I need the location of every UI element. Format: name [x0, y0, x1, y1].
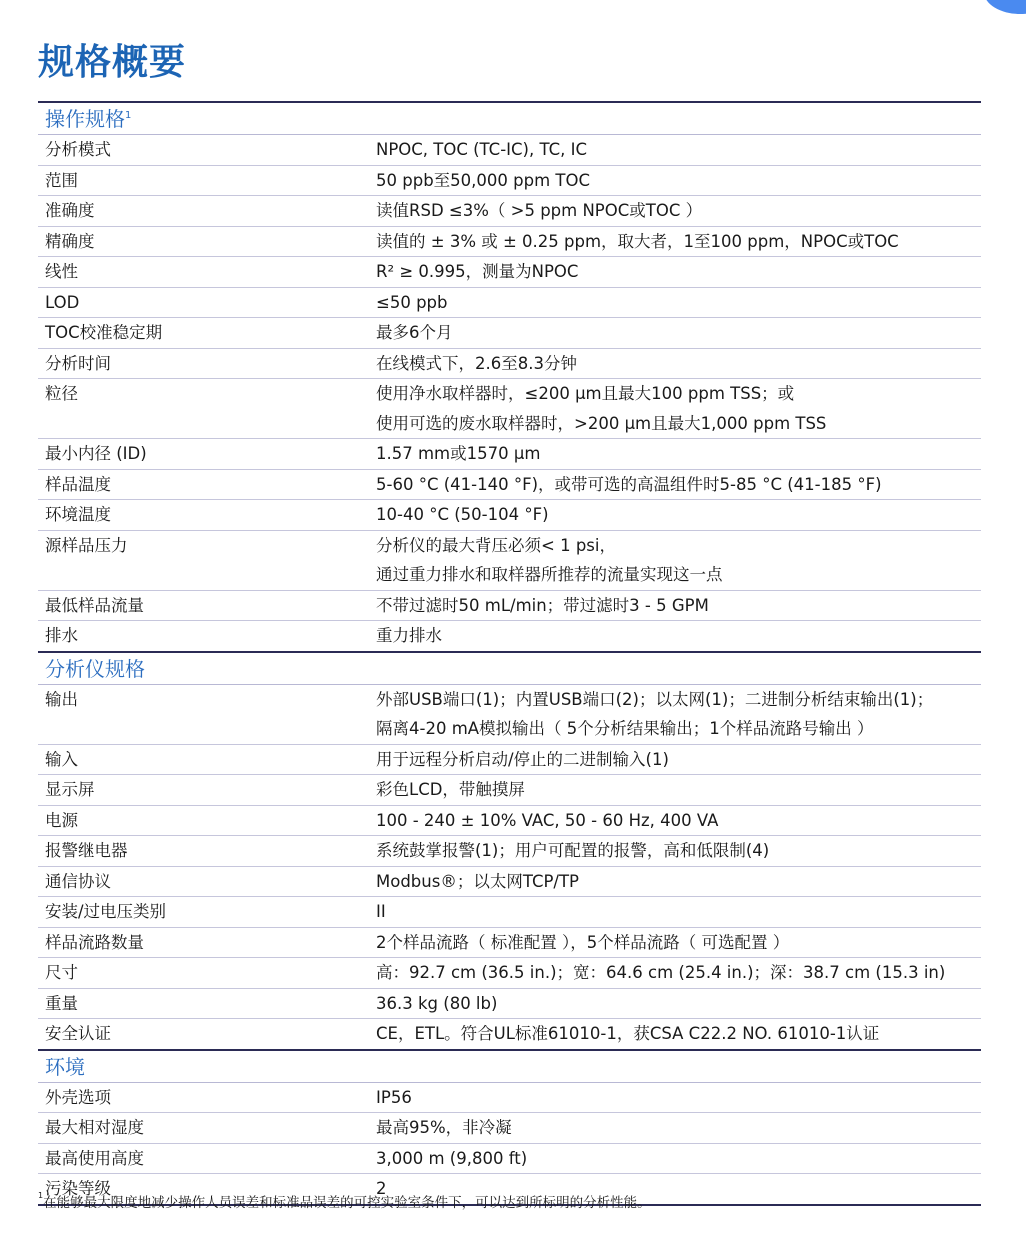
spec-label: 排水 [38, 621, 376, 651]
spec-value-line: 隔离4-20 mA模拟输出（ 5个分析结果输出；1个样品流路号输出 ） [376, 714, 981, 744]
spec-value: Modbus®；以太网TCP/TP [376, 867, 981, 897]
spec-label: 重量 [38, 989, 376, 1019]
spec-value-line: 使用可选的废水取样器时，>200 µm且最大1,000 ppm TSS [376, 409, 981, 439]
spec-label: 输出 [38, 685, 376, 744]
spec-label-text: LOD [45, 288, 376, 318]
spec-value: 彩色LCD，带触摸屏 [376, 775, 981, 805]
spec-label-text: 环境温度 [45, 500, 376, 530]
floating-action-button[interactable] [984, 0, 1026, 14]
section-title: 分析仪规格 [45, 657, 145, 681]
spec-label-text: 最大相对湿度 [45, 1113, 376, 1143]
spec-label: 显示屏 [38, 775, 376, 805]
spec-row: LOD≤50 ppb [38, 288, 981, 319]
spec-row: 显示屏彩色LCD，带触摸屏 [38, 775, 981, 806]
spec-value-line: 用于远程分析启动/停止的二进制输入(1) [376, 745, 981, 775]
spec-value-line: 2个样品流路（ 标准配置 ），5个样品流路（ 可选配置 ） [376, 928, 981, 958]
spec-label-text: 准确度 [45, 196, 376, 226]
spec-label-text: 源样品压力 [45, 531, 376, 561]
spec-value: 50 ppb至50,000 ppm TOC [376, 166, 981, 196]
spec-value-line: R² ≥ 0.995，测量为NPOC [376, 257, 981, 287]
spec-row: 样品温度5-60 °C (41-140 °F)，或带可选的高温组件时5-85 °… [38, 470, 981, 501]
spec-row: 准确度读值RSD ≤3%（ >5 ppm NPOC或TOC ） [38, 196, 981, 227]
spec-label-text: 最高使用高度 [45, 1144, 376, 1174]
spec-value: 高：92.7 cm (36.5 in.)；宽：64.6 cm (25.4 in.… [376, 958, 981, 988]
spec-row: 最高使用高度3,000 m (9,800 ft) [38, 1144, 981, 1175]
spec-section: 环境外壳选项IP56最大相对湿度最高95%，非冷凝最高使用高度3,000 m (… [38, 1049, 981, 1204]
spec-row: 源样品压力分析仪的最大背压必须< 1 psi，通过重力排水和取样器所推荐的流量实… [38, 531, 981, 591]
spec-value-line: 1.57 mm或1570 µm [376, 439, 981, 469]
spec-value-line: IP56 [376, 1083, 981, 1113]
spec-value: 36.3 kg (80 lb) [376, 989, 981, 1019]
spec-row: 最低样品流量不带过滤时50 mL/min；带过滤时3 - 5 GPM [38, 591, 981, 622]
spec-label-text: 精确度 [45, 227, 376, 257]
spec-label: 电源 [38, 806, 376, 836]
spec-value: IP56 [376, 1083, 981, 1113]
spec-section: 分析仪规格输出外部USB端口(1)；内置USB端口(2)；以太网(1)；二进制分… [38, 651, 981, 1049]
spec-value-line: CE，ETL。符合UL标准61010-1，获CSA C22.2 NO. 6101… [376, 1019, 981, 1049]
spec-value: 1.57 mm或1570 µm [376, 439, 981, 469]
spec-value-line: 彩色LCD，带触摸屏 [376, 775, 981, 805]
spec-label-text: 重量 [45, 989, 376, 1019]
page-title: 规格概要 [38, 38, 186, 88]
section-header: 操作规格1 [38, 103, 981, 135]
spec-value: NPOC, TOC (TC-IC), TC, IC [376, 135, 981, 165]
spec-value-line: 10-40 °C (50-104 °F) [376, 500, 981, 530]
spec-value: 读值的 ± 3% 或 ± 0.25 ppm，取大者，1至100 ppm，NPOC… [376, 227, 981, 257]
spec-value: 3,000 m (9,800 ft) [376, 1144, 981, 1174]
spec-row: 通信协议Modbus®；以太网TCP/TP [38, 867, 981, 898]
footnote-text: 在能够最大限度地减少操作人员误差和标准品误差的可控实验室条件下，可以达到所标明的… [43, 1195, 651, 1211]
spec-value: 不带过滤时50 mL/min；带过滤时3 - 5 GPM [376, 591, 981, 621]
footnote: 1在能够最大限度地减少操作人员误差和标准品误差的可控实验室条件下，可以达到所标明… [38, 1191, 651, 1211]
spec-label: 精确度 [38, 227, 376, 257]
spec-label-text: 通信协议 [45, 867, 376, 897]
spec-label: LOD [38, 288, 376, 318]
footnote-marker: 1 [125, 110, 131, 121]
spec-value: 使用净水取样器时，≤200 µm且最大100 ppm TSS；或使用可选的废水取… [376, 379, 981, 438]
spec-label: 外壳选项 [38, 1083, 376, 1113]
spec-label: 环境温度 [38, 500, 376, 530]
spec-value-line: 高：92.7 cm (36.5 in.)；宽：64.6 cm (25.4 in.… [376, 958, 981, 988]
spec-label-text: 电源 [45, 806, 376, 836]
spec-value: 系统鼓掌报警(1)；用户可配置的报警，高和低限制(4) [376, 836, 981, 866]
spec-value: 100 - 240 ± 10% VAC, 50 - 60 Hz, 400 VA [376, 806, 981, 836]
spec-label-text: 安全认证 [45, 1019, 376, 1049]
spec-value: R² ≥ 0.995，测量为NPOC [376, 257, 981, 287]
spec-value-line: ≤50 ppb [376, 288, 981, 318]
spec-value: 外部USB端口(1)；内置USB端口(2)；以太网(1)；二进制分析结束输出(1… [376, 685, 981, 744]
spec-value-line: 读值RSD ≤3%（ >5 ppm NPOC或TOC ） [376, 196, 981, 226]
spec-label: 最低样品流量 [38, 591, 376, 621]
spec-row: 外壳选项IP56 [38, 1083, 981, 1114]
spec-label: 安装/过电压类别 [38, 897, 376, 927]
spec-value: 分析仪的最大背压必须< 1 psi，通过重力排水和取样器所推荐的流量实现这一点 [376, 531, 981, 590]
spec-value: CE，ETL。符合UL标准61010-1，获CSA C22.2 NO. 6101… [376, 1019, 981, 1049]
spec-label-text: 安装/过电压类别 [45, 897, 376, 927]
spec-label: 最小内径 (ID) [38, 439, 376, 469]
spec-label: 样品流路数量 [38, 928, 376, 958]
spec-value-line: 在线模式下，2.6至8.3分钟 [376, 349, 981, 379]
spec-value-line: 重力排水 [376, 621, 981, 651]
spec-row: 分析时间在线模式下，2.6至8.3分钟 [38, 349, 981, 380]
spec-value: ≤50 ppb [376, 288, 981, 318]
spec-value: 重力排水 [376, 621, 981, 651]
spec-label-text: 样品温度 [45, 470, 376, 500]
spec-row: 重量36.3 kg (80 lb) [38, 989, 981, 1020]
spec-row: 安全认证CE，ETL。符合UL标准61010-1，获CSA C22.2 NO. … [38, 1019, 981, 1049]
section-header: 环境 [38, 1051, 981, 1083]
section-header: 分析仪规格 [38, 653, 981, 685]
spec-value: 2个样品流路（ 标准配置 ），5个样品流路（ 可选配置 ） [376, 928, 981, 958]
spec-row: 线性R² ≥ 0.995，测量为NPOC [38, 257, 981, 288]
spec-row: 尺寸高：92.7 cm (36.5 in.)；宽：64.6 cm (25.4 i… [38, 958, 981, 989]
spec-row: 输出外部USB端口(1)；内置USB端口(2)；以太网(1)；二进制分析结束输出… [38, 685, 981, 745]
spec-label: 样品温度 [38, 470, 376, 500]
spec-label-text: 样品流路数量 [45, 928, 376, 958]
spec-table: 操作规格1分析模式NPOC, TOC (TC-IC), TC, IC范围50 p… [38, 101, 981, 1206]
spec-row: 粒径使用净水取样器时，≤200 µm且最大100 ppm TSS；或使用可选的废… [38, 379, 981, 439]
spec-value: II [376, 897, 981, 927]
spec-label-text: 输入 [45, 745, 376, 775]
spec-label: TOC校准稳定期 [38, 318, 376, 348]
spec-value-line: 不带过滤时50 mL/min；带过滤时3 - 5 GPM [376, 591, 981, 621]
section-title: 操作规格 [45, 107, 125, 131]
spec-label-text: 最低样品流量 [45, 591, 376, 621]
spec-value-line: 通过重力排水和取样器所推荐的流量实现这一点 [376, 560, 981, 590]
spec-label-text: 分析时间 [45, 349, 376, 379]
spec-value: 最多6个月 [376, 318, 981, 348]
spec-value: 在线模式下，2.6至8.3分钟 [376, 349, 981, 379]
spec-row: 电源100 - 240 ± 10% VAC, 50 - 60 Hz, 400 V… [38, 806, 981, 837]
spec-row: 输入用于远程分析启动/停止的二进制输入(1) [38, 745, 981, 776]
spec-value-line: 分析仪的最大背压必须< 1 psi， [376, 531, 981, 561]
spec-value-line: 36.3 kg (80 lb) [376, 989, 981, 1019]
spec-label: 粒径 [38, 379, 376, 438]
spec-value-line: 使用净水取样器时，≤200 µm且最大100 ppm TSS；或 [376, 379, 981, 409]
spec-label-text: 输出 [45, 685, 376, 715]
spec-label: 尺寸 [38, 958, 376, 988]
spec-label: 线性 [38, 257, 376, 287]
spec-row: 样品流路数量2个样品流路（ 标准配置 ），5个样品流路（ 可选配置 ） [38, 928, 981, 959]
spec-label: 报警继电器 [38, 836, 376, 866]
spec-row: 分析模式NPOC, TOC (TC-IC), TC, IC [38, 135, 981, 166]
spec-label: 范围 [38, 166, 376, 196]
spec-value: 5-60 °C (41-140 °F)，或带可选的高温组件时5-85 °C (4… [376, 470, 981, 500]
spec-label-text: 显示屏 [45, 775, 376, 805]
spec-value: 10-40 °C (50-104 °F) [376, 500, 981, 530]
spec-row: 排水重力排水 [38, 621, 981, 651]
spec-label: 最大相对湿度 [38, 1113, 376, 1143]
spec-value: 最高95%，非冷凝 [376, 1113, 981, 1143]
spec-label: 输入 [38, 745, 376, 775]
spec-value-line: 50 ppb至50,000 ppm TOC [376, 166, 981, 196]
spec-label: 准确度 [38, 196, 376, 226]
spec-value-line: 最多6个月 [376, 318, 981, 348]
spec-value-line: 系统鼓掌报警(1)；用户可配置的报警，高和低限制(4) [376, 836, 981, 866]
spec-label: 分析时间 [38, 349, 376, 379]
spec-value-line: 100 - 240 ± 10% VAC, 50 - 60 Hz, 400 VA [376, 806, 981, 836]
spec-value-line: NPOC, TOC (TC-IC), TC, IC [376, 135, 981, 165]
spec-row: 精确度读值的 ± 3% 或 ± 0.25 ppm，取大者，1至100 ppm，N… [38, 227, 981, 258]
spec-label: 分析模式 [38, 135, 376, 165]
spec-value-line: II [376, 897, 981, 927]
spec-row: 安装/过电压类别II [38, 897, 981, 928]
spec-label-text: 线性 [45, 257, 376, 287]
spec-value-line: Modbus®；以太网TCP/TP [376, 867, 981, 897]
spec-label-text: 报警继电器 [45, 836, 376, 866]
spec-value: 用于远程分析启动/停止的二进制输入(1) [376, 745, 981, 775]
spec-label-text: 粒径 [45, 379, 376, 409]
spec-label: 最高使用高度 [38, 1144, 376, 1174]
spec-label-text: 分析模式 [45, 135, 376, 165]
spec-label-text: 最小内径 (ID) [45, 439, 376, 469]
spec-value: 读值RSD ≤3%（ >5 ppm NPOC或TOC ） [376, 196, 981, 226]
spec-value-line: 外部USB端口(1)；内置USB端口(2)；以太网(1)；二进制分析结束输出(1… [376, 685, 981, 715]
spec-row: 环境温度10-40 °C (50-104 °F) [38, 500, 981, 531]
spec-label-text: TOC校准稳定期 [45, 318, 376, 348]
spec-row: 最大相对湿度最高95%，非冷凝 [38, 1113, 981, 1144]
spec-label: 源样品压力 [38, 531, 376, 590]
spec-label-text: 外壳选项 [45, 1083, 376, 1113]
spec-row: 最小内径 (ID)1.57 mm或1570 µm [38, 439, 981, 470]
spec-value-line: 5-60 °C (41-140 °F)，或带可选的高温组件时5-85 °C (4… [376, 470, 981, 500]
spec-value-line: 3,000 m (9,800 ft) [376, 1144, 981, 1174]
spec-value-line: 读值的 ± 3% 或 ± 0.25 ppm，取大者，1至100 ppm，NPOC… [376, 227, 981, 257]
spec-label: 通信协议 [38, 867, 376, 897]
spec-value-line: 最高95%，非冷凝 [376, 1113, 981, 1143]
spec-row: 范围50 ppb至50,000 ppm TOC [38, 166, 981, 197]
spec-label-text: 排水 [45, 621, 376, 651]
spec-label-text: 尺寸 [45, 958, 376, 988]
spec-section: 操作规格1分析模式NPOC, TOC (TC-IC), TC, IC范围50 p… [38, 101, 981, 651]
spec-row: TOC校准稳定期最多6个月 [38, 318, 981, 349]
spec-label-text: 范围 [45, 166, 376, 196]
spec-row: 报警继电器系统鼓掌报警(1)；用户可配置的报警，高和低限制(4) [38, 836, 981, 867]
section-title: 环境 [45, 1055, 85, 1079]
spec-label: 安全认证 [38, 1019, 376, 1049]
